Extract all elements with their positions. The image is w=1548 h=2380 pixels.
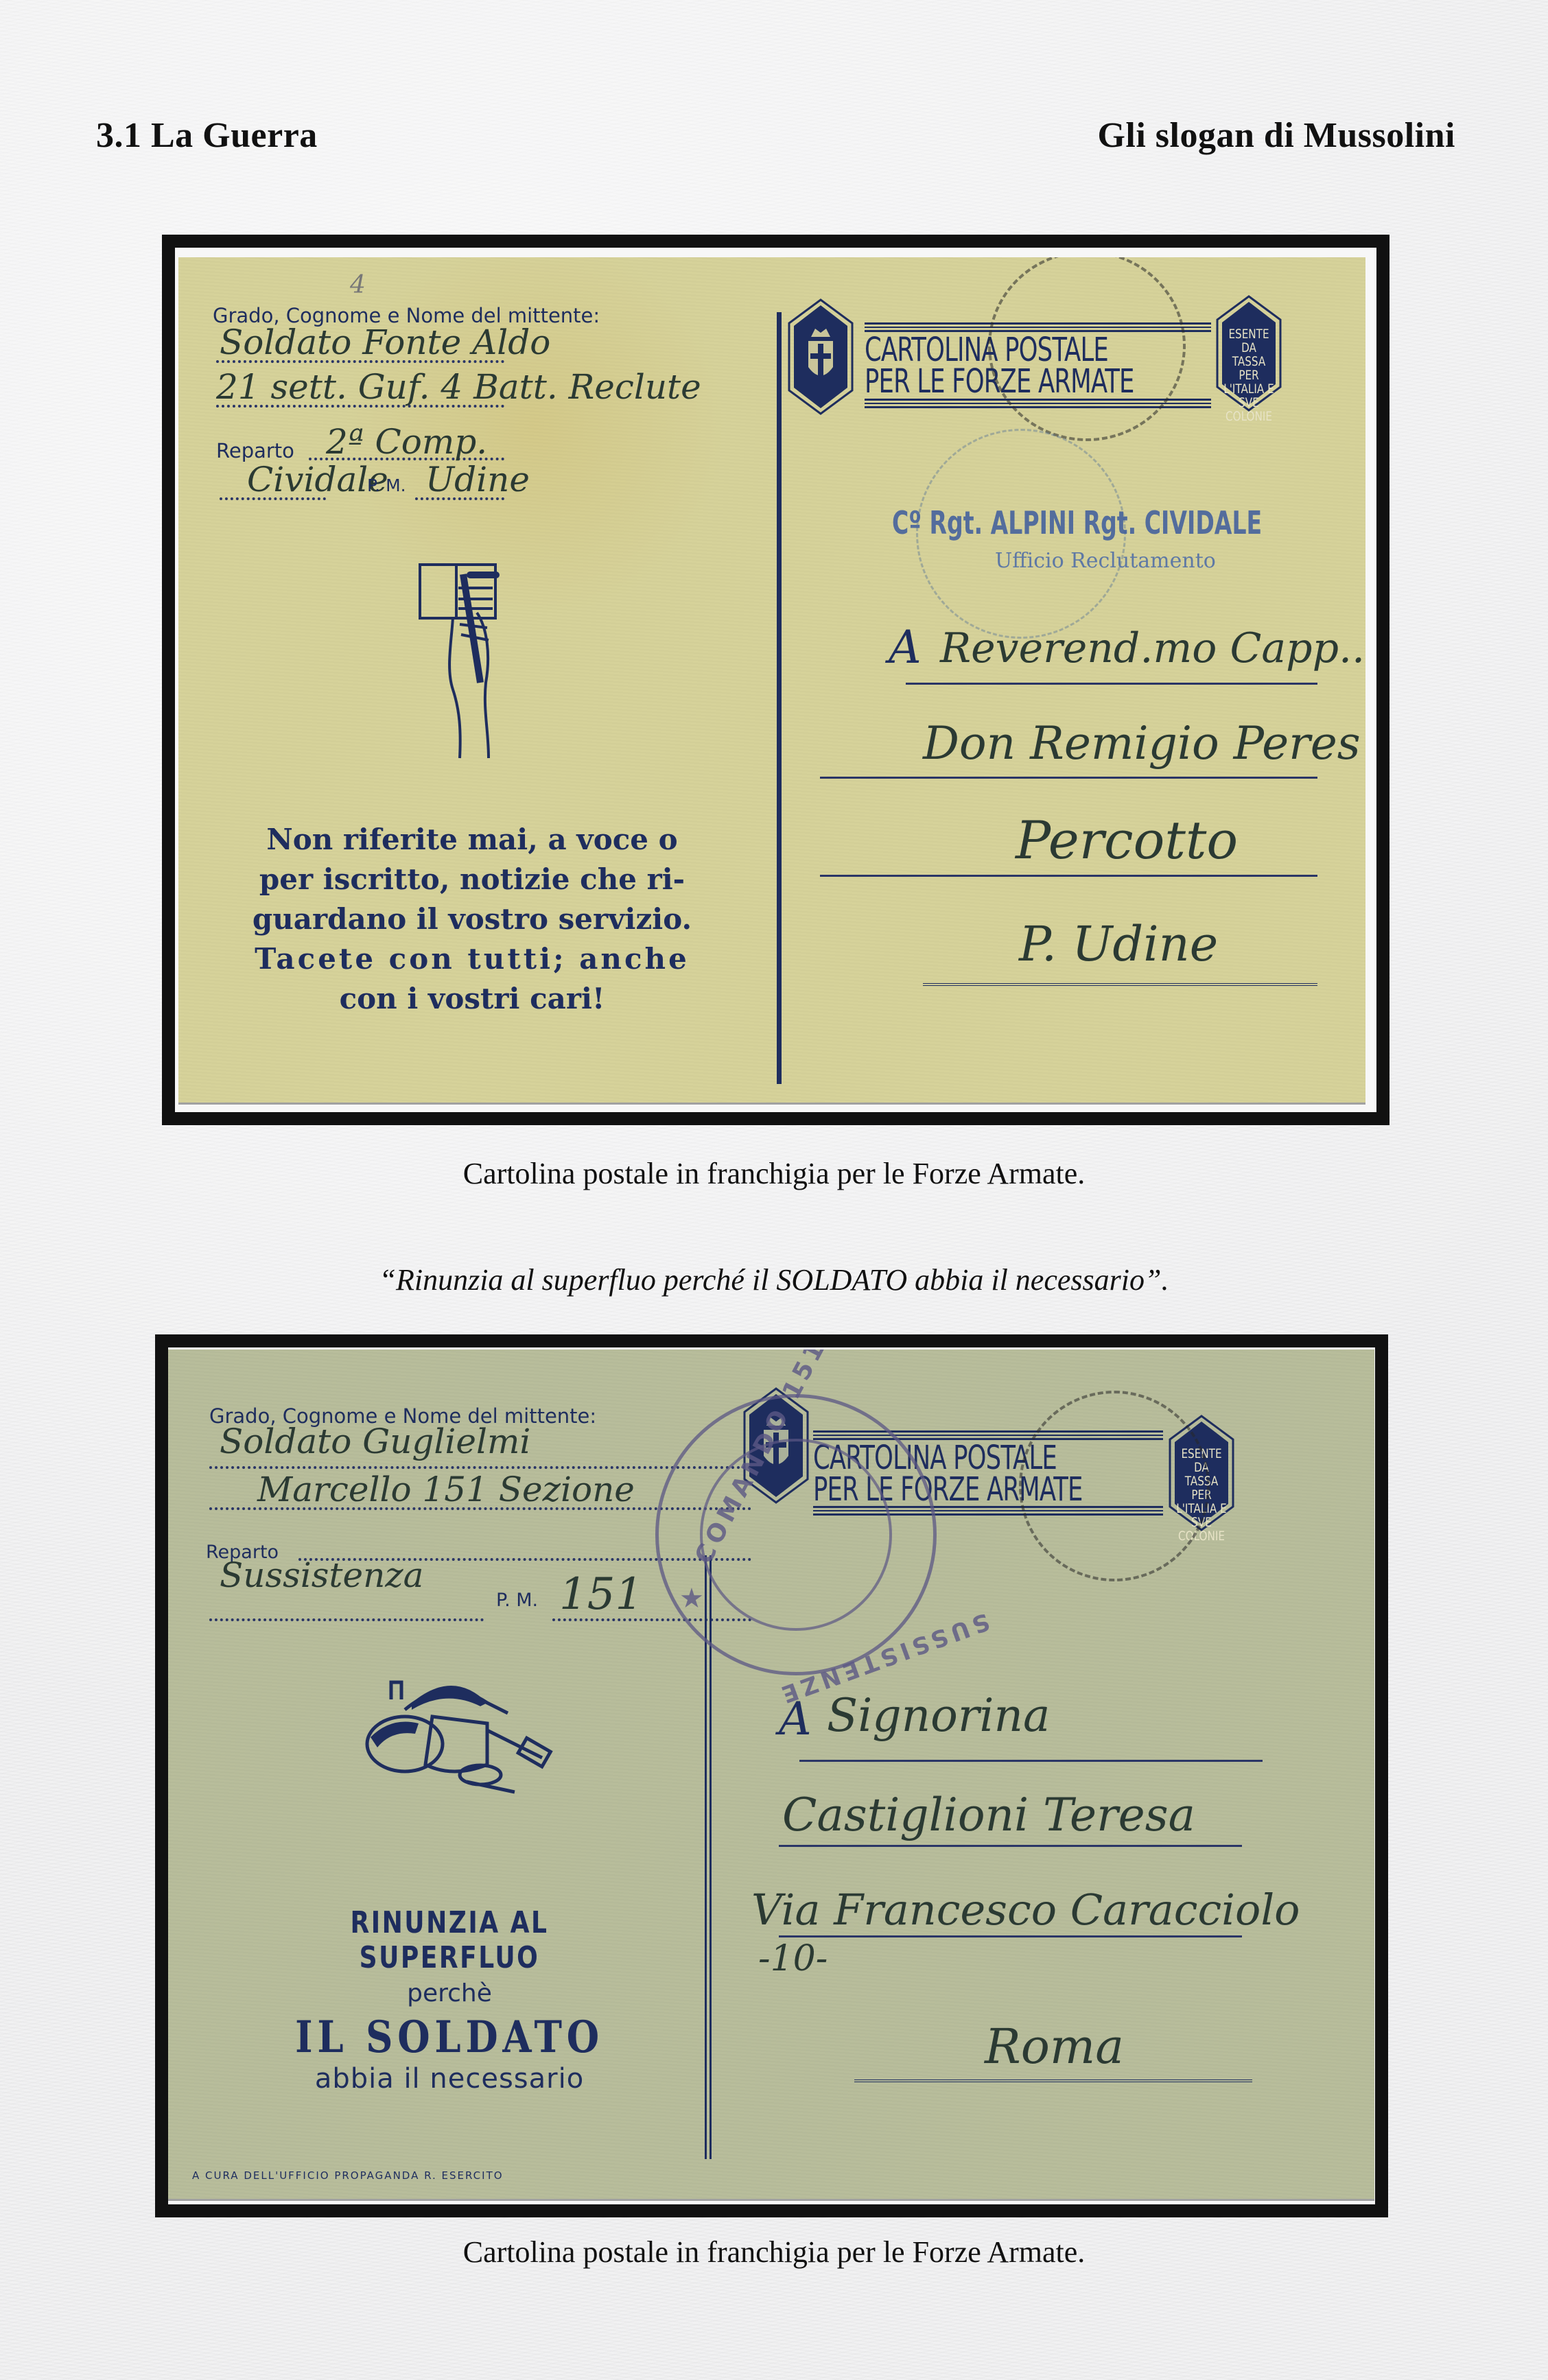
address-line-3: Percotto	[1016, 810, 1238, 871]
address-line-3b: -10-	[758, 1938, 828, 1979]
soldier-kit-illustration-icon	[350, 1662, 563, 1799]
slogan-line-2: perchè	[216, 1979, 683, 2007]
slogan-line-3: IL SOLDATO	[251, 2012, 648, 2063]
sender-unit-handwritten: 21 sett. Guf. 4 Batt. Reclute	[216, 367, 701, 407]
caption-2: Cartolina postale in franchigia per le F…	[0, 2235, 1548, 2270]
card-divider	[777, 312, 782, 1084]
hand-writing-postcard-icon	[412, 559, 508, 765]
propaganda-slogan: Non riferite mai, a voce o per iscritto,…	[239, 820, 705, 1019]
slogan-line-1: RINUNZIA AL SUPERFLUO	[258, 1905, 641, 1975]
dotted-line	[209, 1466, 751, 1469]
slogan-line: con i vostri cari!	[239, 979, 705, 1019]
address-rule	[820, 875, 1317, 877]
address-prefix: A	[889, 621, 922, 674]
address-rule	[779, 1845, 1242, 1847]
pm-label: P. M.	[367, 475, 406, 495]
page-topic: Gli slogan di Mussolini	[1097, 115, 1455, 156]
address-rule-double	[923, 979, 1317, 986]
sender-name-handwritten: Soldato Fonte Aldo	[220, 322, 550, 362]
slogan-line: guardano il vostro servizio.	[239, 899, 705, 939]
propaganda-slogan: RINUNZIA AL SUPERFLUO perchè IL SOLDATO …	[216, 1905, 683, 2095]
pm-handwritten: Udine	[425, 460, 530, 499]
postcard-1: 4 Grado, Cognome e Nome del mittente: So…	[178, 257, 1365, 1103]
recruitment-office-text: Ufficio Reclutamento	[995, 549, 1216, 573]
address-line-3: Via Francesco Caracciolo	[751, 1885, 1300, 1935]
military-postmark	[1019, 1391, 1210, 1581]
address-rule-double	[854, 2075, 1252, 2082]
sender-unit-handwritten: Marcello 151 Sezione	[257, 1470, 635, 1509]
address-line-1: Signorina	[827, 1689, 1050, 1742]
exempt-tax-text: ESENTE DA TASSA PER L'ITALIA E SVE COLON…	[1221, 327, 1276, 423]
postcard-2: Grado, Cognome e Nome del mittente: Sold…	[168, 1350, 1374, 2199]
pencil-mark: 4	[350, 271, 366, 299]
pm-handwritten: 151	[559, 1569, 643, 1620]
address-rule	[779, 1935, 1242, 1937]
dotted-line	[209, 1618, 484, 1621]
postmark	[988, 257, 1186, 441]
address-line-2: Castiglioni Teresa	[782, 1789, 1195, 1841]
address-line-4: P. Udine	[1019, 916, 1218, 972]
printer-note: A CURA DELL'UFFICIO PROPAGANDA R. ESERCI…	[192, 2169, 504, 2182]
pm-label: P. M.	[496, 1590, 538, 1611]
address-line-4: Roma	[985, 2018, 1124, 2075]
star-icon: ★	[679, 1583, 704, 1614]
savoy-coat-of-arms-icon	[788, 298, 854, 415]
address-line-1: Reverend.mo Capp..	[940, 624, 1365, 672]
slogan-line: Tacete con tutti; anche	[239, 939, 705, 979]
unit-label: Reparto	[216, 439, 294, 462]
unit-handwritten: Sussistenza	[220, 1555, 423, 1595]
address-prefix: A	[779, 1693, 812, 1745]
address-rule	[820, 777, 1317, 779]
quote-caption: “Rinunzia al superfluo perché il SOLDATO…	[0, 1262, 1548, 1297]
unit-handwritten: 2ª Comp.	[326, 422, 487, 462]
address-line-2: Don Remigio Peres	[923, 717, 1361, 770]
section-title: 3.1 La Guerra	[96, 115, 318, 156]
slogan-line-4: abbia il necessario	[216, 2063, 683, 2095]
slogan-line: Non riferite mai, a voce o	[239, 820, 705, 860]
caption-1: Cartolina postale in franchigia per le F…	[0, 1156, 1548, 1191]
slogan-line: per iscritto, notizie che ri-	[239, 860, 705, 899]
sender-name-handwritten: Soldato Guglielmi	[220, 1422, 530, 1461]
address-rule	[906, 683, 1317, 685]
address-rule	[799, 1760, 1263, 1762]
regimental-cachet-text: Cº Rgt. ALPINI Rgt. CIVIDALE	[892, 504, 1262, 541]
